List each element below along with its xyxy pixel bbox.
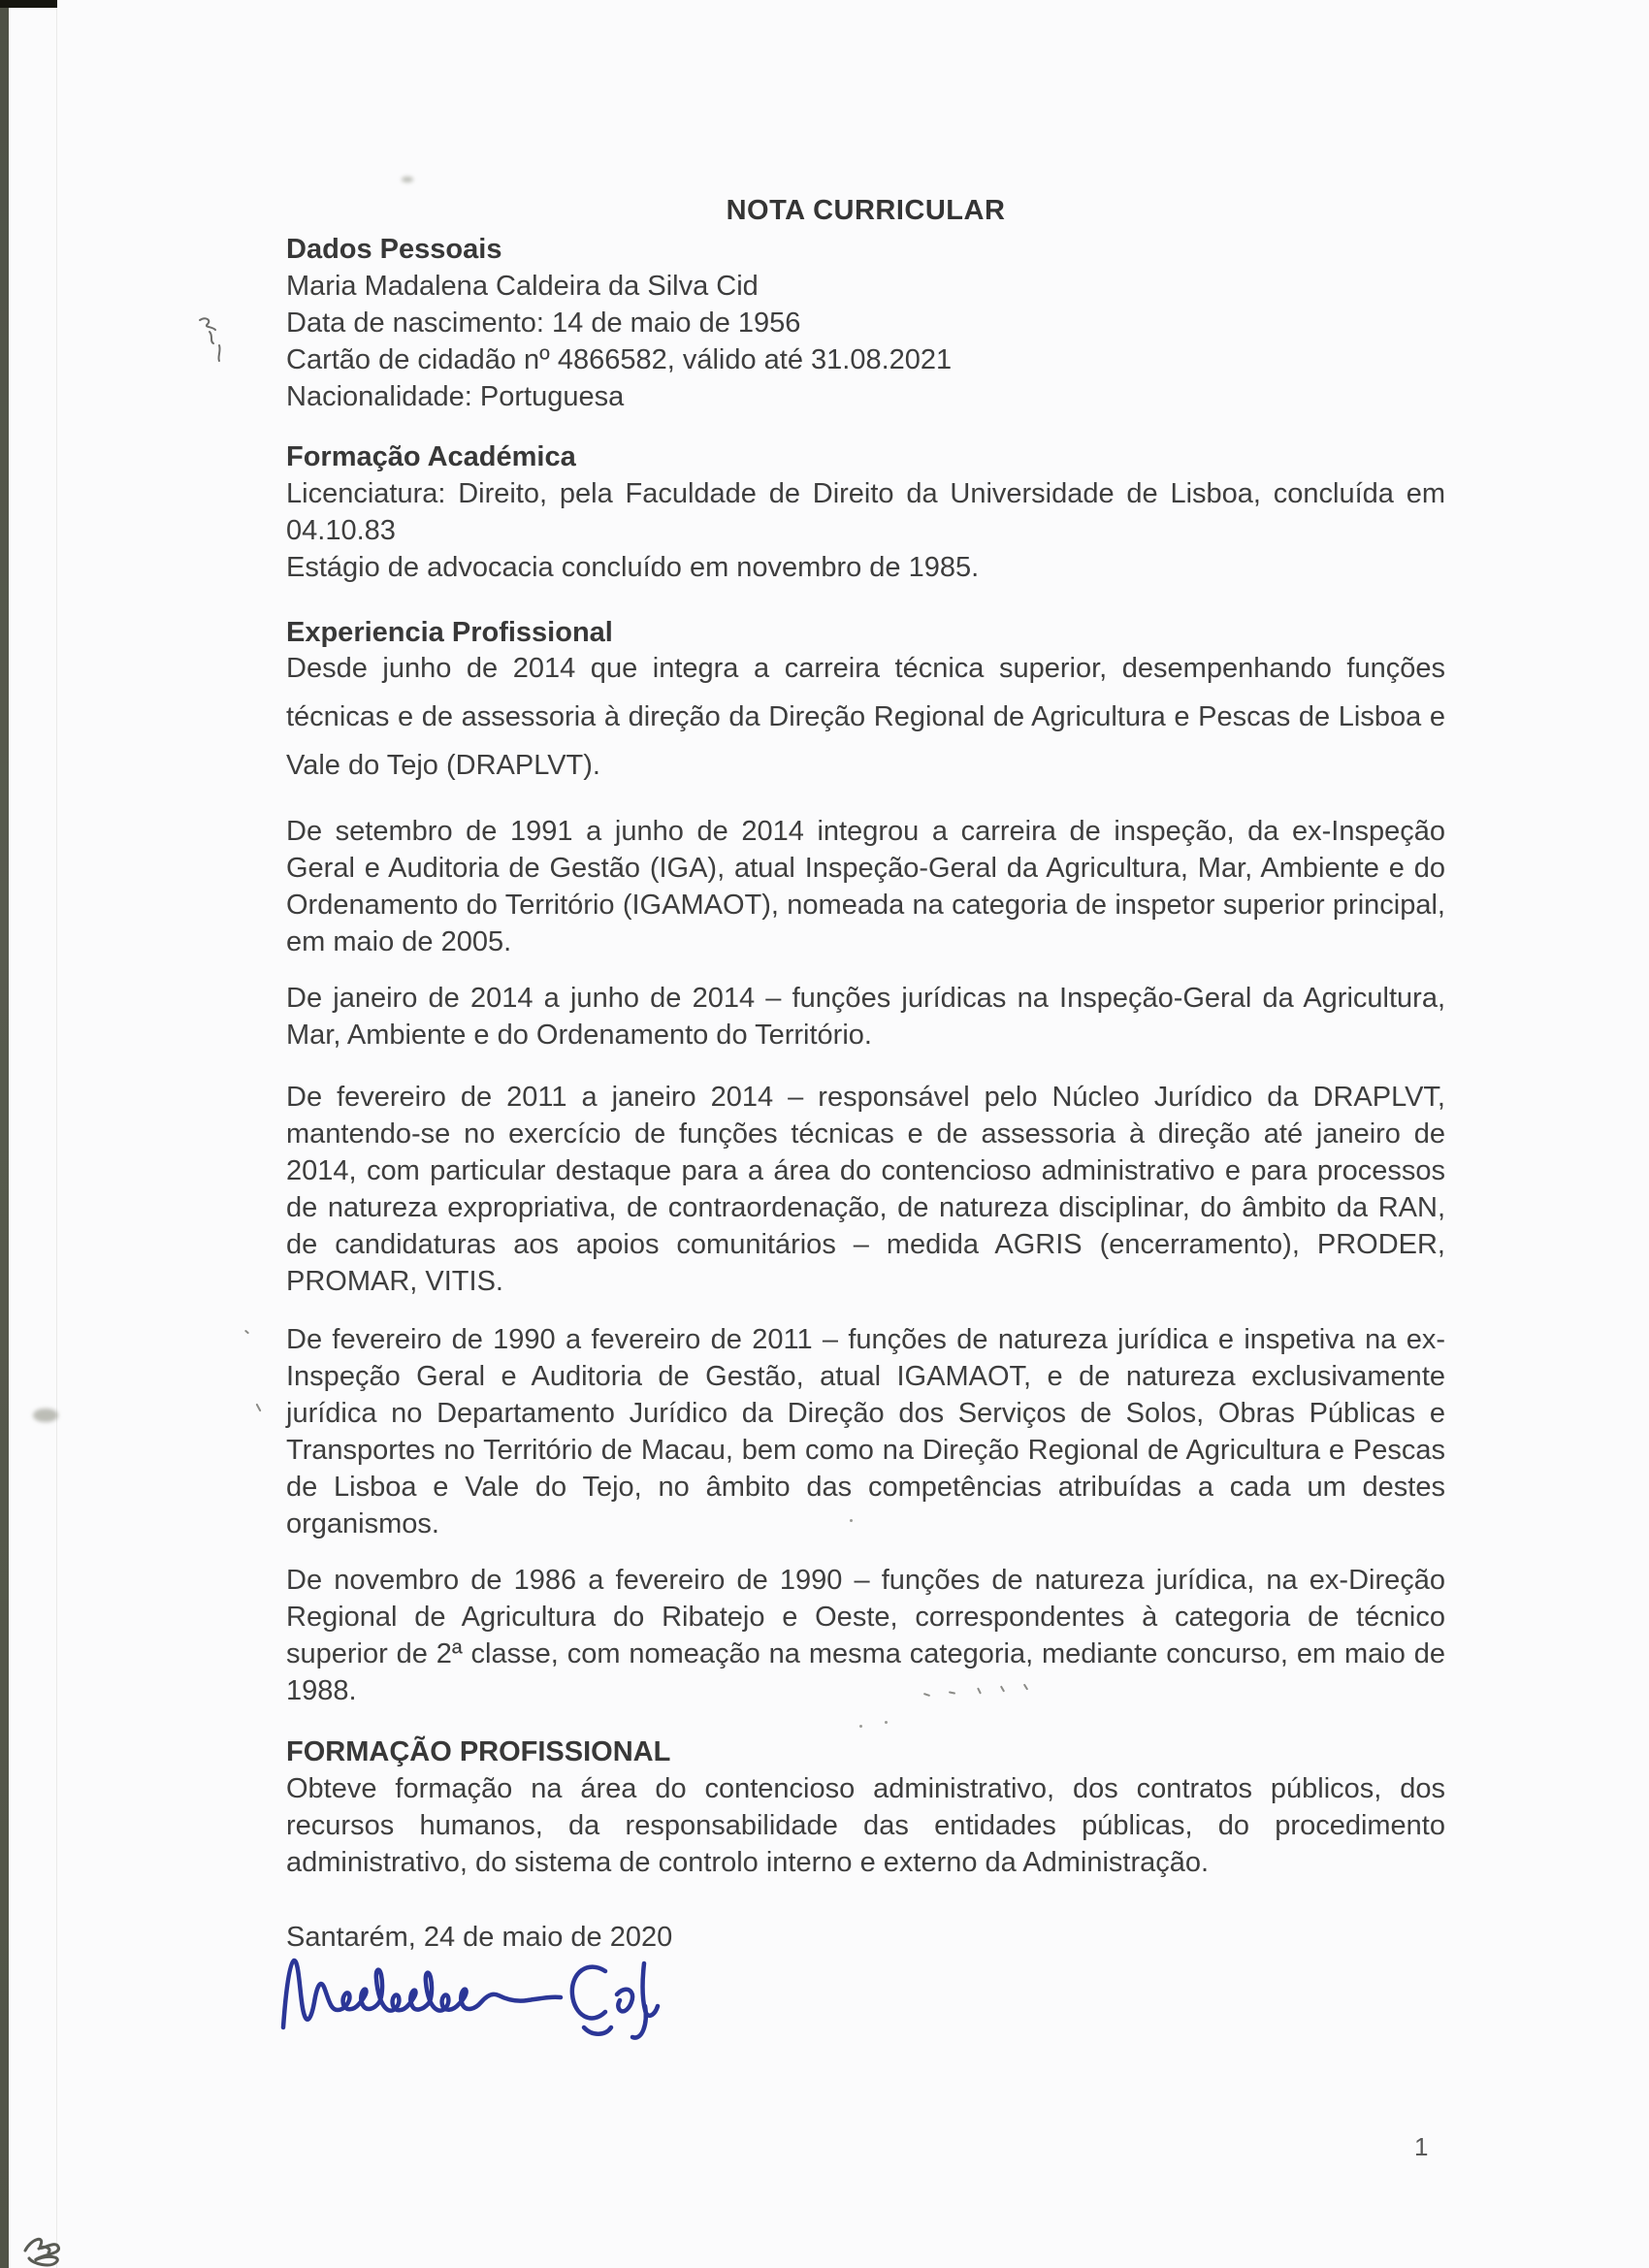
education-block: Licenciatura: Direito, pela Faculdade de… [286,475,1445,586]
experience-paragraph-4: De fevereiro de 2011 a janeiro 2014 – re… [286,1079,1445,1300]
experience-paragraph-3: De janeiro de 2014 a junho de 2014 – fun… [286,980,1445,1053]
scan-smudge [33,1409,58,1422]
personal-birthdate: Data de nascimento: 14 de maio de 1956 [286,305,1445,341]
education-internship: Estágio de advocacia concluído em novemb… [286,549,1445,586]
personal-id-card: Cartão de cidadão nº 4866582, válido até… [286,341,1445,378]
experience-paragraph-1: Desde junho de 2014 que integra a carrei… [286,644,1445,790]
pen-dot-artifact [885,1721,888,1724]
personal-info-block: Maria Madalena Caldeira da Silva Cid Dat… [286,268,1445,415]
training-paragraph: Obteve formação na área do contencioso a… [286,1770,1445,1881]
section-heading-formacao-academica: Formação Académica [286,438,1445,475]
section-heading-dados-pessoais: Dados Pessoais [286,231,1445,268]
personal-name: Maria Madalena Caldeira da Silva Cid [286,268,1445,305]
page-number: 1 [1414,2132,1428,2162]
education-degree: Licenciatura: Direito, pela Faculdade de… [286,475,1445,549]
signature-ink [274,1942,671,2051]
paper-edge-line [56,0,57,2268]
personal-nationality: Nacionalidade: Portuguesa [286,378,1445,415]
corner-smudge-artifact [12,2221,80,2268]
experience-paragraph-5: De fevereiro de 1990 a fevereiro de 2011… [286,1321,1445,1542]
experience-paragraph-2: De setembro de 1991 a junho de 2014 inte… [286,813,1445,960]
scan-edge-strip [0,0,9,2268]
pen-dot-artifact [859,1725,862,1728]
scan-smudge [402,177,413,182]
ink-scribble-artifact [190,312,237,367]
section-heading-formacao-profissional: FORMAÇÃO PROFISSIONAL [286,1733,1445,1770]
handwritten-signature [274,1942,671,2056]
document-title: NOTA CURRICULAR [286,192,1445,229]
scanned-document-page: NOTA CURRICULAR Dados Pessoais Maria Mad… [0,0,1649,2268]
pen-mark-artifact [256,1404,262,1412]
experience-paragraph-6: De novembro de 1986 a fevereiro de 1990 … [286,1562,1445,1709]
pen-mark-artifact [244,1330,249,1335]
scan-corner-bar [0,0,57,8]
